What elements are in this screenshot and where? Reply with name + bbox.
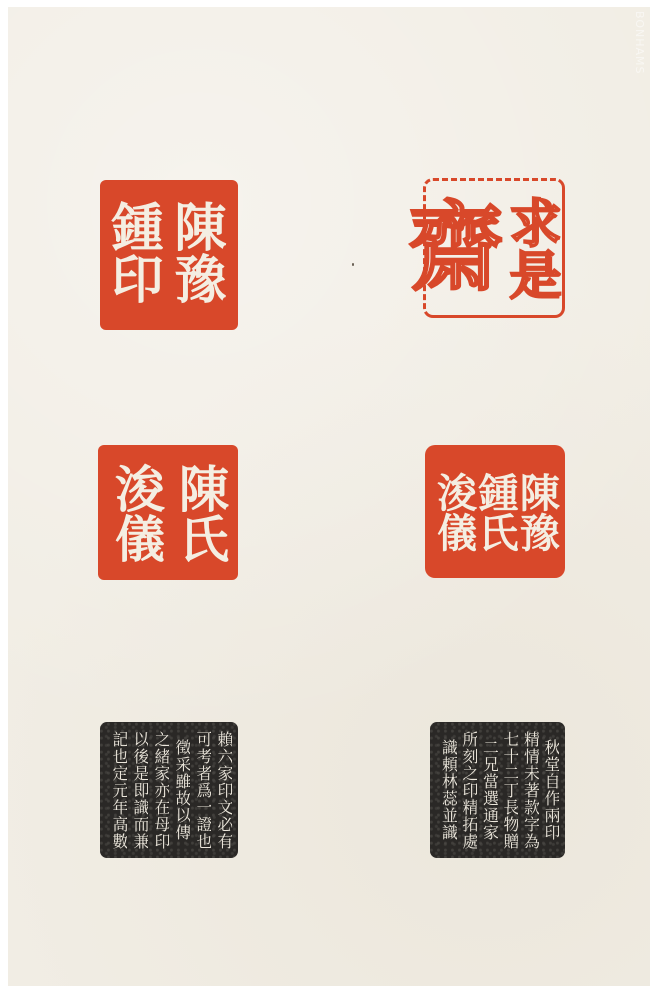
seal-middle-right: 陳豫 鍾氏 浚儀	[425, 445, 565, 578]
inscription-column: 所刻之印精拓處	[457, 730, 478, 850]
seal-character: 陳豫	[516, 472, 556, 552]
seal-column: 陳氏	[168, 451, 232, 574]
rubbing-bottom-right: 秋堂自作兩印 精情未著款字為 七十二丁長物贈 二兄當選通家 所刻之印精拓處 識頼…	[430, 722, 565, 858]
seal-character: 鍾氏	[475, 472, 515, 552]
seal-character: 鍾印	[106, 203, 169, 307]
inscription-column: 七十二丁長物贈	[498, 730, 519, 850]
seal-character: 陳豫	[169, 203, 232, 307]
seal-character: 齋	[408, 200, 504, 296]
seal-top-right: 求是 齋	[423, 178, 565, 318]
seal-column: 求是	[504, 187, 556, 309]
inscription-column: 賴六家印文必有	[211, 730, 232, 850]
inscription-column: 記也定元年高數	[106, 730, 127, 850]
seal-top-left: 陳豫 鍾印	[100, 180, 238, 330]
seal-character: 陳氏	[175, 463, 225, 563]
inscription-column: 徵采雖故以傳	[169, 730, 190, 850]
seal-column: 鍾氏	[474, 455, 515, 568]
seal-column: 陳豫	[516, 455, 557, 568]
seal-column: 齋	[408, 187, 504, 309]
inscription-column: 識頼林蕊並識	[436, 730, 457, 850]
seal-column: 浚儀	[433, 455, 474, 568]
inscription-column: 精情未著款字為	[518, 730, 539, 850]
seal-column: 鍾印	[106, 186, 169, 324]
seal-character: 求是	[504, 196, 556, 300]
seal-column: 浚儀	[104, 451, 168, 574]
watermark: BONHAMS	[633, 11, 646, 75]
inscription-column: 可考者爲一證也	[190, 730, 211, 850]
seal-character: 浚儀	[434, 472, 474, 552]
paper-speck	[352, 263, 354, 266]
seal-column: 陳豫	[169, 186, 232, 324]
inscription-column: 二兄當選通家	[477, 730, 498, 850]
seal-character: 浚儀	[111, 463, 161, 563]
rubbing-bottom-left: 賴六家印文必有 可考者爲一證也 徵采雖故以傳 之緒家亦在母印 以後是即識而兼 記…	[100, 722, 238, 858]
seal-middle-left: 陳氏 浚儀	[98, 445, 238, 580]
inscription-column: 秋堂自作兩印	[539, 730, 560, 850]
inscription-column: 之緒家亦在母印	[148, 730, 169, 850]
inscription-column: 以後是即識而兼	[127, 730, 148, 850]
